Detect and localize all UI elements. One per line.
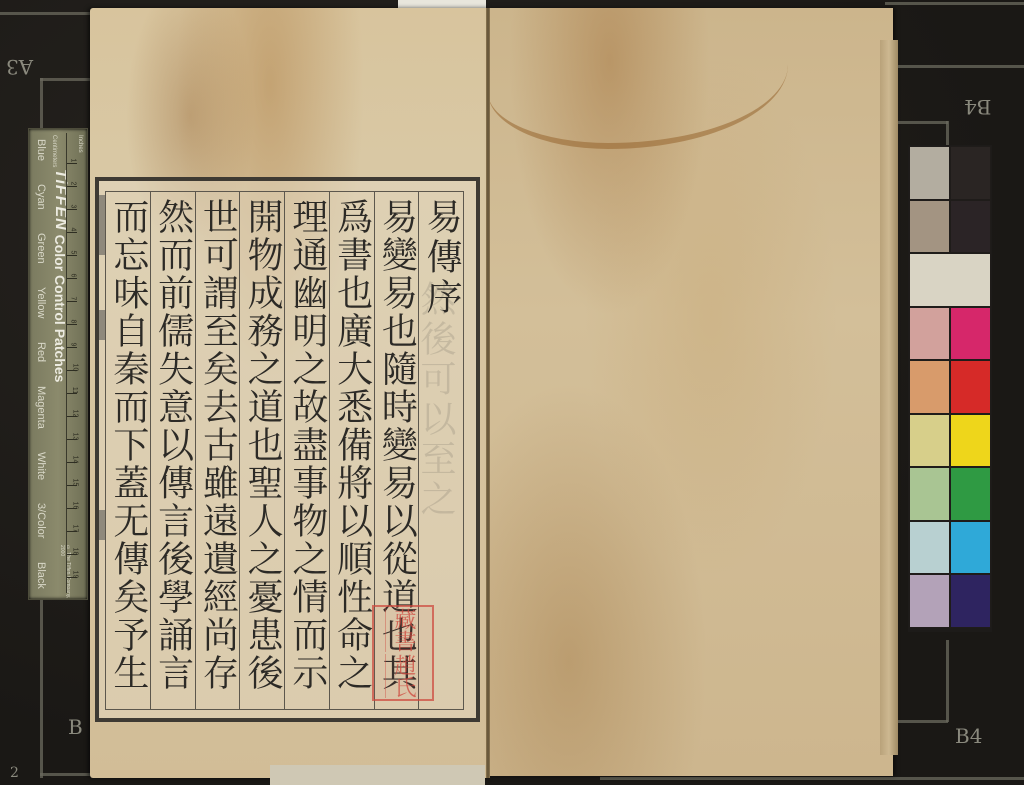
board-label-b4-top: B4: [964, 95, 991, 119]
color-patch-tint: [909, 307, 950, 361]
board-line: [600, 777, 1024, 780]
bookmark-strip-bottom: [270, 765, 485, 785]
board-line: [40, 78, 90, 81]
water-stain: [488, 8, 788, 149]
color-patch-tint: [909, 360, 950, 414]
board-line: [890, 720, 948, 723]
ruler-color-labels: Blue Cyan Green Yellow Red Magenta White…: [31, 139, 47, 589]
text-column: 然而前儒失意以傳言後學誦言: [150, 192, 195, 709]
text-column: 開物成務之道也聖人之憂患後: [239, 192, 284, 709]
ruler-unit-cm: Centimeters: [51, 135, 57, 167]
color-patch-tint: [909, 200, 950, 254]
board-line: [885, 65, 1024, 68]
color-patch-saturated: [950, 521, 991, 575]
tiffen-color-ruler: Blue Cyan Green Yellow Red Magenta White…: [28, 128, 88, 600]
color-patch-tint: [909, 146, 950, 200]
ruler-scale: 1 2 3 4 5 6 7 8 9 10 11 12 13 14 15 16 1…: [66, 133, 85, 593]
board-line: [40, 773, 90, 776]
color-patch-tint: [909, 574, 950, 628]
color-patch-saturated: [950, 307, 991, 361]
color-patch-tint: [909, 521, 950, 575]
text-column: 理通幽明之故盡事物之情而示: [284, 192, 329, 709]
text-column: 而忘味自秦而下蓋无傳矣予生: [106, 192, 150, 709]
board-label-b: B: [68, 715, 83, 739]
color-patch-saturated: [950, 360, 991, 414]
color-patch-saturated: [950, 146, 991, 200]
text-column: 世可謂至矣去古雖遠遺經尚存: [195, 192, 240, 709]
board-line: [885, 2, 1024, 5]
color-patch-saturated: [950, 574, 991, 628]
text-column: 爲書也廣大悉備將以順性命之: [329, 192, 374, 709]
board-line: [946, 640, 949, 722]
board-label-corner: 2: [10, 765, 19, 781]
board-line: [0, 12, 90, 15]
color-patch-white: [909, 253, 991, 307]
book-spine: [486, 8, 490, 778]
bleed-through-text: 然後可以至之: [410, 280, 461, 520]
board-label-b4-bottom: B4: [955, 724, 982, 748]
color-patch-saturated: [950, 467, 991, 521]
color-patch-saturated: [950, 414, 991, 468]
color-patch-saturated: [950, 200, 991, 254]
right-page: [488, 8, 893, 776]
board-label-a3: A3: [6, 55, 33, 79]
board-line: [890, 121, 948, 124]
color-patch-tint: [909, 467, 950, 521]
page-edges: [880, 40, 898, 755]
red-seal-stamp: 趙氏 藏書: [372, 605, 434, 701]
color-patch-tint: [909, 414, 950, 468]
